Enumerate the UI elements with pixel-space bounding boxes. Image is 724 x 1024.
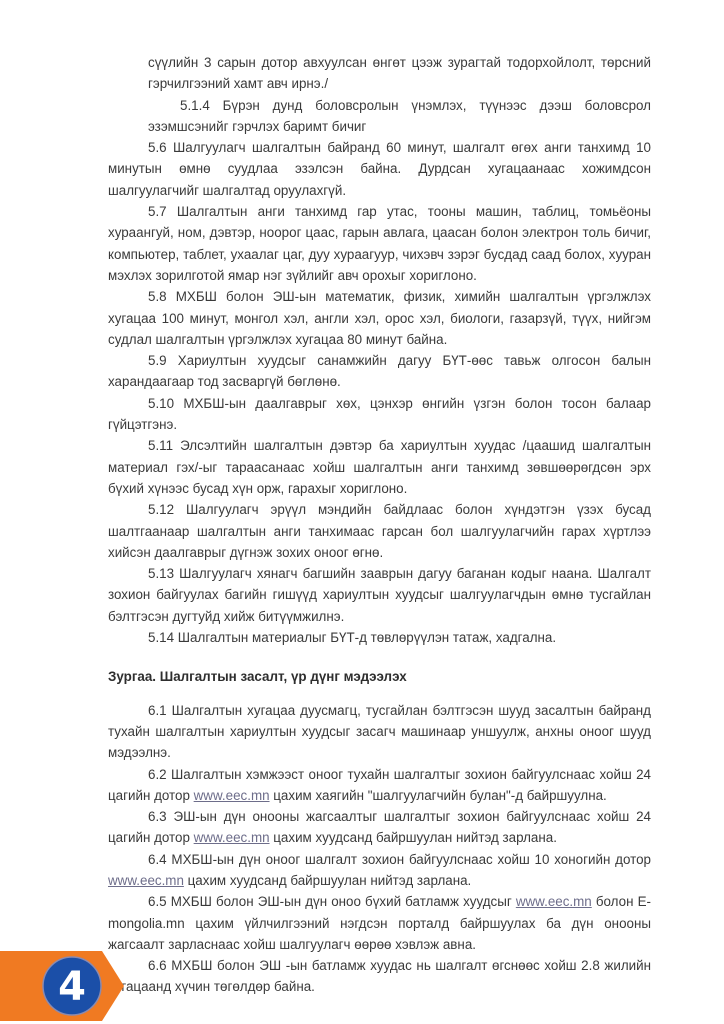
paragraph-text: цахим хуудсанд байршуулан нийтэд зарлана…: [270, 830, 557, 845]
paragraph-text: цахим хуудсанд байршуулан нийтэд зарлана…: [184, 873, 471, 888]
paragraph: 5.1.4 Бүрэн дунд боловсролын үнэмлэх, тү…: [108, 95, 651, 138]
paragraph: сүүлийн 3 сарын дотор авхуулсан өнгөт цэ…: [108, 52, 651, 95]
paragraph: 5.12 Шалгуулагч эрүүл мэндийн байдлаас б…: [108, 499, 651, 563]
website-link[interactable]: www.eec.mn: [108, 873, 184, 888]
section-6-items: 6.1 Шалгалтын хугацаа дуусмагц, тусгайла…: [108, 700, 651, 998]
paragraph: 6.3 ЭШ-ын дүн онооны жагсаалтыг шалгалты…: [108, 806, 651, 849]
paragraph: 5.7 Шалгалтын анги танхимд гар утас, тоо…: [108, 201, 651, 286]
paragraph: 6.6 МХБШ болон ЭШ -ын батламж хуудас нь …: [108, 955, 651, 998]
section-6-heading: Зургаа. Шалгалтын засалт, үр дүнг мэдээл…: [108, 666, 651, 687]
document-page: сүүлийн 3 сарын дотор авхуулсан өнгөт цэ…: [108, 52, 651, 998]
page-number-badge: 4: [0, 951, 124, 1021]
section-5-items: сүүлийн 3 сарын дотор авхуулсан өнгөт цэ…: [108, 52, 651, 648]
paragraph-text: 6.6 МХБШ болон ЭШ -ын батламж хуудас нь …: [108, 958, 651, 994]
website-link[interactable]: www.eec.mn: [194, 788, 270, 803]
paragraph-text: 6.1 Шалгалтын хугацаа дуусмагц, тусгайла…: [108, 703, 651, 761]
paragraph-text: цахим хаягийн "шалгуулагчийн булан"-д ба…: [270, 788, 607, 803]
paragraph: 6.2 Шалгалтын хэмжээст оноог тухайн шалг…: [108, 764, 651, 807]
website-link[interactable]: www.eec.mn: [516, 894, 592, 909]
website-link[interactable]: www.eec.mn: [194, 830, 270, 845]
paragraph: 6.4 МХБШ-ын дүн оноог шалгалт зохион бай…: [108, 849, 651, 892]
paragraph: 5.13 Шалгуулагч хянагч багшийн зааврын д…: [108, 563, 651, 627]
svg-text:4: 4: [58, 964, 86, 1010]
paragraph: 5.8 МХБШ болон ЭШ-ын математик, физик, х…: [108, 286, 651, 350]
paragraph-text: 6.4 МХБШ-ын дүн оноог шалгалт зохион бай…: [148, 852, 651, 867]
paragraph: 5.14 Шалгалтын материалыг БҮТ-д төвлөрүү…: [108, 627, 651, 648]
paragraph: 5.10 МХБШ-ын даалгаврыг хөх, цэнхэр өнги…: [108, 393, 651, 436]
paragraph: 6.5 МХБШ болон ЭШ-ын дүн оноо бүхий батл…: [108, 891, 651, 955]
paragraph: 5.6 Шалгуулагч шалгалтын байранд 60 мину…: [108, 137, 651, 201]
paragraph: 5.11 Элсэлтийн шалгалтын дэвтэр ба хариу…: [108, 435, 651, 499]
paragraph: 6.1 Шалгалтын хугацаа дуусмагц, тусгайла…: [108, 700, 651, 764]
paragraph-text: 6.5 МХБШ болон ЭШ-ын дүн оноо бүхий батл…: [148, 894, 516, 909]
paragraph: 5.9 Хариултын хуудсыг санамжийн дагуу БҮ…: [108, 350, 651, 393]
